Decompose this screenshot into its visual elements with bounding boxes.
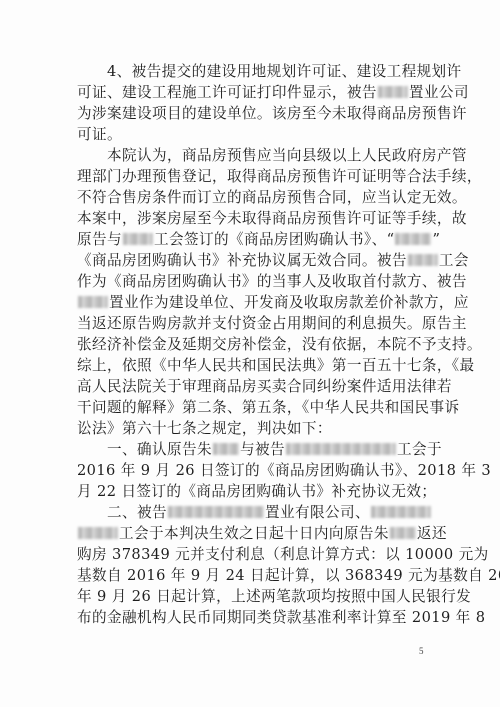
text-segment: 本案中，涉案房屋至今未取得商品房预售许可证等手续，故 — [77, 210, 467, 227]
redacted-name — [378, 86, 408, 98]
text-segment: 高人民法院关于审理商品房买卖合同纠纷案件适用法律若 — [77, 378, 452, 395]
text-line: 可证、建设工程施工许可证打印件显示，被告置业公司 — [77, 82, 422, 103]
text-line: 张经济补偿金及延期交房补偿金，没有依据，本院不予支持。 — [77, 334, 422, 355]
text-segment: 理部门办理预售登记，取得商品房预售许可证明等合法手续， — [77, 168, 482, 185]
text-segment: 与被告 — [240, 441, 285, 458]
text-line: 布的金融机构人民币同期同类贷款基准利率计算至 2019 年 8 — [77, 607, 422, 628]
text-segment: 当返还原告购房款并支付资金占用期间的利息损失。原告主 — [77, 315, 467, 332]
redacted-name — [390, 527, 416, 539]
text-line: 年 9 月 26 日起计算，上述两笔款项均按照中国人民银行发 — [77, 586, 422, 607]
text-line: 本院认为，商品房预售应当向县级以上人民政府房产管 — [77, 145, 422, 166]
text-line: 作为《商品房团购确认书》的当事人及收取首付款方、被告 — [77, 271, 422, 292]
text-segment: 返还 — [417, 525, 447, 542]
text-line: 购房 378349 元并支付利息（利息计算方式：以 10000 元为 — [77, 544, 422, 565]
judgment-text: 4、被告提交的建设用地规划许可证、建设工程规划许可证、建设工程施工许可证打印件显… — [77, 61, 422, 628]
text-line: 基数自 2016 年 9 月 24 日起计算，以 368349 元为基数自 20… — [77, 565, 422, 586]
text-segment: 为涉案建设项目的建设单位。该房至今未取得商品房预售许 — [77, 105, 467, 122]
text-segment: 《商品房团购确认书》补充协议属无效合同。被告 — [77, 252, 407, 269]
document-page: 4、被告提交的建设用地规划许可证、建设工程规划许可证、建设工程施工许可证打印件显… — [0, 0, 500, 707]
text-line: 可证。 — [77, 124, 422, 145]
redacted-name — [371, 506, 431, 518]
text-segment: 工会签订的《商品房团购确认书》、“ — [154, 231, 394, 248]
text-line: 原告与工会签订的《商品房团购确认书》、“” — [77, 229, 422, 250]
text-segment: 布的金融机构人民币同期同类贷款基准利率计算至 2019 年 8 — [77, 609, 485, 626]
text-line: 高人民法院关于审理商品房买卖合同纠纷案件适用法律若 — [77, 376, 422, 397]
text-line: 理部门办理预售登记，取得商品房预售许可证明等合法手续， — [77, 166, 422, 187]
text-segment: 原告与 — [77, 231, 122, 248]
text-segment: 基数自 2016 年 9 月 24 日起计算，以 368349 元为基数自 20… — [77, 567, 500, 584]
text-segment: 工会于本判决生效之日起十日内向原告朱 — [119, 525, 389, 542]
text-segment: 工会于 — [397, 441, 442, 458]
text-line: 2016 年 9 月 26 日签订的《商品房团购确认书》、2018 年 3 — [77, 460, 422, 481]
text-segment: 二、被告 — [107, 504, 167, 521]
text-segment: 月 22 日签订的《商品房团购确认书》补充协议无效； — [77, 483, 436, 500]
text-segment: 置业作为建设单位、开发商及收取房款差价补款方，应 — [109, 294, 469, 311]
text-line: 不符合售房条件而订立的商品房预售合同，应当认定无效。 — [77, 187, 422, 208]
text-line: 干问题的解释》第二条、第五条，《中华人民共和国民事诉 — [77, 397, 422, 418]
text-segment: 4、被告提交的建设用地规划许可证、建设工程规划许 — [107, 63, 462, 80]
text-line: 为涉案建设项目的建设单位。该房至今未取得商品房预售许 — [77, 103, 422, 124]
redacted-name — [123, 233, 153, 245]
text-segment: 置业公司 — [409, 84, 469, 101]
text-segment: 讼法》第六十七条之规定，判决如下： — [77, 420, 332, 437]
redacted-name — [78, 527, 118, 539]
text-segment: 作为《商品房团购确认书》的当事人及收取首付款方、被告 — [77, 273, 467, 290]
text-line: 当返还原告购房款并支付资金占用期间的利息损失。原告主 — [77, 313, 422, 334]
text-segment: 工会 — [439, 252, 469, 269]
text-line: 二、被告置业有限公司、 — [77, 502, 422, 523]
text-segment: ” — [432, 231, 440, 248]
text-line: 工会于本判决生效之日起十日内向原告朱返还 — [77, 523, 422, 544]
text-line: 一、确认原告朱与被告工会于 — [77, 439, 422, 460]
redacted-name — [78, 296, 108, 308]
text-segment: 置业有限公司、 — [265, 504, 370, 521]
text-line: 综上，依照《中华人民共和国民法典》第一百五十七条，《最 — [77, 355, 422, 376]
text-line: 置业作为建设单位、开发商及收取房款差价补款方，应 — [77, 292, 422, 313]
text-line: 本案中，涉案房屋至今未取得商品房预售许可证等手续，故 — [77, 208, 422, 229]
text-line: 《商品房团购确认书》补充协议属无效合同。被告工会 — [77, 250, 422, 271]
text-segment: 2016 年 9 月 26 日签订的《商品房团购确认书》、2018 年 3 — [77, 462, 491, 479]
text-segment: 一、确认原告朱 — [107, 441, 212, 458]
text-segment: 干问题的解释》第二条、第五条，《中华人民共和国民事诉 — [77, 399, 460, 416]
text-line: 月 22 日签订的《商品房团购确认书》补充协议无效； — [77, 481, 422, 502]
redacted-name — [408, 254, 438, 266]
text-segment: 可证。 — [77, 126, 122, 143]
redacted-name — [286, 443, 396, 455]
text-segment: 不符合售房条件而订立的商品房预售合同，应当认定无效。 — [77, 189, 467, 206]
redacted-name — [395, 233, 431, 245]
text-line: 4、被告提交的建设用地规划许可证、建设工程规划许 — [77, 61, 422, 82]
page-number: 5 — [419, 646, 424, 656]
redacted-name — [213, 443, 239, 455]
text-segment: 综上，依照《中华人民共和国民法典》第一百五十七条，《最 — [77, 357, 475, 374]
text-segment: 本院认为，商品房预售应当向县级以上人民政府房产管 — [107, 147, 467, 164]
text-segment: 可证、建设工程施工许可证打印件显示，被告 — [77, 84, 377, 101]
text-segment: 购房 378349 元并支付利息（利息计算方式：以 10000 元为 — [77, 546, 489, 563]
text-segment: 年 9 月 26 日起计算，上述两笔款项均按照中国人民银行发 — [77, 588, 471, 605]
text-segment: 张经济补偿金及延期交房补偿金，没有依据，本院不予支持。 — [77, 336, 482, 353]
text-line: 讼法》第六十七条之规定，判决如下： — [77, 418, 422, 439]
redacted-name — [168, 506, 264, 518]
